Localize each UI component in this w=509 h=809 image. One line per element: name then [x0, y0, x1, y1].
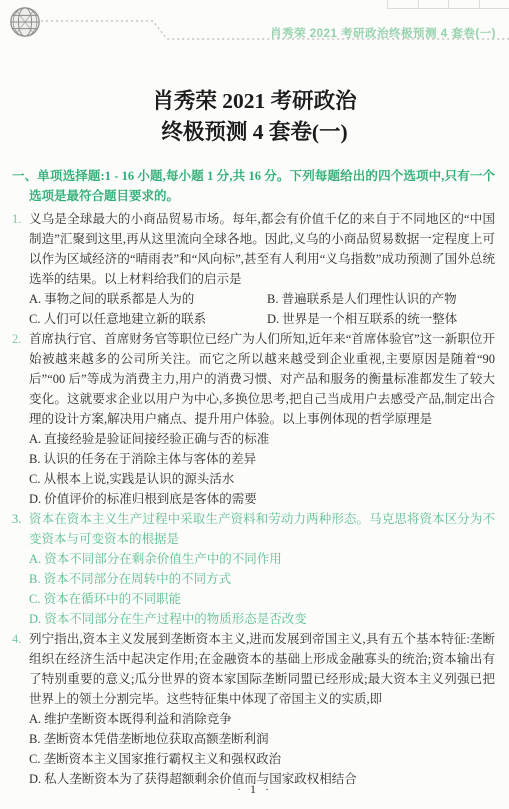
globe-icon [8, 5, 42, 39]
option-b: B. 资本不同部分在周转中的不同方式 [29, 569, 495, 589]
document-title: 肖秀荣 2021 考研政治 终极预测 4 套卷(一) [0, 86, 509, 148]
corner-table-artifact [387, 0, 509, 9]
option-c: C. 资本在循环中的不同职能 [29, 589, 495, 609]
running-title: 肖秀荣 2021 考研政治终极预测 4 套卷(一) [270, 24, 496, 44]
corner-table-cell [418, 0, 449, 8]
options-list: A. 维护垄断资本既得利益和消除竞争 B. 垄断资本凭借垄断地位获取高额垄断利润… [29, 709, 495, 789]
corner-table-cell [387, 0, 418, 8]
question-number: 2. [12, 329, 29, 349]
question-body: 列宁指出,资本主义发展到垄断资本主义,进而发展到帝国主义,具有五个基本特征:垄断… [29, 629, 495, 789]
question-3: 3. 资本在资本主义生产过程中采取生产资料和劳动力两种形态。马克思将资本区分为不… [12, 509, 495, 629]
option-b: B. 垄断资本凭借垄断地位获取高额垄断利润 [29, 729, 495, 749]
question-stem: 义乌是全球最大的小商品贸易市场。每年,都会有价值千亿的来自于不同地区的“中国制造… [29, 209, 495, 289]
option-a: A. 维护垄断资本既得利益和消除竞争 [29, 709, 495, 729]
corner-table-cell [448, 0, 479, 8]
question-stem: 列宁指出,资本主义发展到垄断资本主义,进而发展到帝国主义,具有五个基本特征:垄断… [29, 629, 495, 709]
question-stem: 首席执行官、首席财务官等职位已经广为人们所知,近年来“首席体验官”这一新职位开始… [29, 329, 495, 429]
page-header: 肖秀荣 2021 考研政治终极预测 4 套卷(一) [0, 0, 509, 50]
options-list: A. 资本不同部分在剩余价值生产中的不同作用 B. 资本不同部分在周转中的不同方… [29, 549, 495, 629]
option-c: C. 人们可以任意地建立新的联系 [29, 309, 267, 329]
question-number: 4. [12, 629, 29, 649]
section-instruction: 一、单项选择题:1 - 16 小题,每小题 1 分,共 16 分。下列每题给出的… [12, 166, 495, 206]
option-b: B. 普遍联系是人们理性认识的产物 [267, 289, 495, 309]
option-d: D. 世界是一个相互联系的统一整体 [267, 309, 495, 329]
exam-paper-page: 肖秀荣 2021 考研政治终极预测 4 套卷(一) 肖秀荣 2021 考研政治 … [0, 0, 509, 809]
option-c: C. 从根本上说,实践是认识的源头活水 [29, 469, 495, 489]
question-stem: 资本在资本主义生产过程中采取生产资料和劳动力两种形态。马克思将资本区分为不变资本… [29, 509, 495, 549]
question-body: 资本在资本主义生产过程中采取生产资料和劳动力两种形态。马克思将资本区分为不变资本… [29, 509, 495, 629]
options-list: A. 事物之间的联系都是人为的 B. 普遍联系是人们理性认识的产物 C. 人们可… [29, 289, 495, 329]
question-2: 2. 首席执行官、首席财务官等职位已经广为人们所知,近年来“首席体验官”这一新职… [12, 329, 495, 509]
option-c: C. 垄断资本主义国家推行霸权主义和强权政治 [29, 749, 495, 769]
option-d: D. 价值评价的标准归根到底是客体的需要 [29, 489, 495, 509]
question-4: 4. 列宁指出,资本主义发展到垄断资本主义,进而发展到帝国主义,具有五个基本特征… [12, 629, 495, 789]
corner-table-cell [479, 0, 509, 8]
document-title-line1: 肖秀荣 2021 考研政治 [0, 86, 509, 117]
option-a: A. 直接经验是验证间接经验正确与否的标准 [29, 429, 495, 449]
page-number: · 1 · [0, 779, 509, 799]
option-a: A. 事物之间的联系都是人为的 [29, 289, 267, 309]
question-number: 3. [12, 509, 29, 529]
question-body: 首席执行官、首席财务官等职位已经广为人们所知,近年来“首席体验官”这一新职位开始… [29, 329, 495, 509]
question-body: 义乌是全球最大的小商品贸易市场。每年,都会有价值千亿的来自于不同地区的“中国制造… [29, 209, 495, 329]
document-title-line2: 终极预测 4 套卷(一) [0, 117, 509, 148]
question-area: 一、单项选择题:1 - 16 小题,每小题 1 分,共 16 分。下列每题给出的… [12, 166, 495, 789]
option-d: D. 资本不同部分在生产过程中的物质形态是否改变 [29, 609, 495, 629]
options-list: A. 直接经验是验证间接经验正确与否的标准 B. 认识的任务在于消除主体与客体的… [29, 429, 495, 509]
question-number: 1. [12, 209, 29, 229]
option-a: A. 资本不同部分在剩余价值生产中的不同作用 [29, 549, 495, 569]
question-1: 1. 义乌是全球最大的小商品贸易市场。每年,都会有价值千亿的来自于不同地区的“中… [12, 209, 495, 329]
option-b: B. 认识的任务在于消除主体与客体的差异 [29, 449, 495, 469]
